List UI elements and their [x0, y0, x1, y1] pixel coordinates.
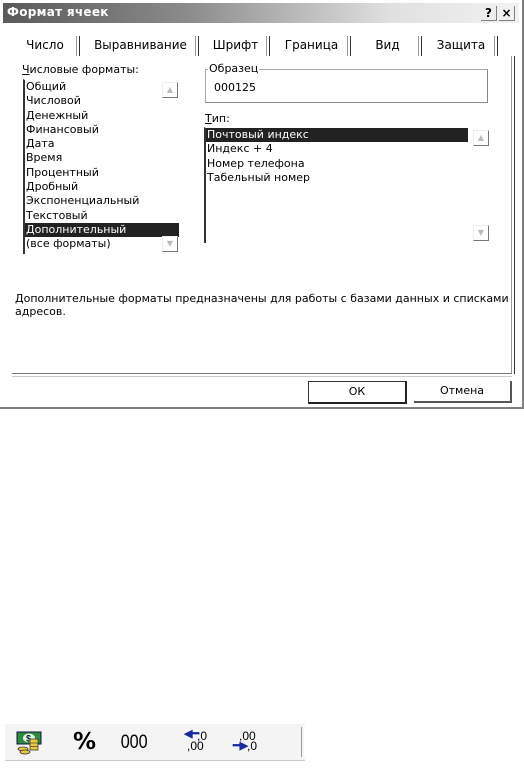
tab-fill[interactable]: Вид [353, 34, 422, 56]
type-listbox[interactable]: Почтовый индексИндекс + 4Номер телефонаТ… [204, 127, 490, 243]
tab-strip: Число Выравнивание Шрифт Граница Вид Защ… [10, 34, 512, 58]
sample-legend: Образец [208, 62, 259, 75]
tab-label: Шрифт [213, 38, 259, 52]
list-item[interactable]: Дополнительный [25, 223, 179, 237]
decrease-decimal-icon: ,00 ━▶ ,0 [233, 729, 273, 755]
list-item[interactable]: Номер телефона [206, 157, 468, 171]
tab-font[interactable]: Шрифт [201, 34, 270, 56]
list-item[interactable]: Почтовый индекс [206, 128, 468, 142]
tab-protection[interactable]: Защита [424, 34, 498, 56]
percent-style-icon: % [73, 729, 96, 755]
tab-label: Защита [437, 38, 486, 52]
number-formats-label: Числовые форматы: [22, 63, 139, 76]
tab-border[interactable]: Граница [272, 34, 351, 56]
format-cells-dialog: Формат ячеек ? × Число Выравнивание Шриф… [0, 0, 524, 409]
comma-style-button[interactable]: 000 [121, 729, 152, 755]
currency-format-button[interactable]: $ [15, 729, 45, 755]
list-item[interactable]: (все форматы) [25, 237, 179, 251]
tab-label: Выравнивание [94, 38, 187, 52]
tab-label: Вид [375, 38, 399, 52]
list-item[interactable]: Индекс + 4 [206, 142, 468, 156]
increase-decimal-button[interactable]: ◀━ ,0 ,00 [183, 729, 221, 755]
list-item[interactable]: Общий [25, 80, 179, 94]
tab-number[interactable]: Число [10, 34, 80, 56]
hotkey-letter: Т [205, 112, 212, 125]
dialog-title: Формат ячеек [7, 5, 109, 19]
list-item[interactable]: Числовой [25, 94, 179, 108]
list-item[interactable]: Текстовый [25, 209, 179, 223]
number-formats-listbox[interactable]: ОбщийЧисловойДенежныйФинансовыйДатаВремя… [23, 79, 179, 254]
list-item[interactable]: Финансовый [25, 123, 179, 137]
type-items: Почтовый индексИндекс + 4Номер телефонаТ… [206, 128, 468, 185]
increase-decimal-icon: ◀━ ,0 ,00 [183, 729, 221, 755]
decimal-bottom-text: ,0 [247, 741, 257, 752]
decrease-decimal-button[interactable]: ,00 ━▶ ,0 [233, 729, 273, 755]
currency-format-icon: $ [15, 729, 45, 755]
type-label: Тип: [205, 112, 230, 125]
list-item[interactable]: Табельный номер [206, 171, 468, 185]
decimal-bottom-text: ,00 [187, 741, 204, 752]
percent-style-button[interactable]: % [73, 729, 107, 755]
scroll-up-button[interactable]: ▲ [162, 82, 178, 98]
comma-style-icon: 000 [121, 732, 148, 753]
cancel-button[interactable]: Отмена [414, 381, 512, 403]
tab-divider [195, 36, 199, 56]
scroll-up-button[interactable]: ▲ [473, 130, 489, 146]
tab-alignment[interactable]: Выравнивание [82, 34, 199, 56]
tab-panel-border [511, 56, 515, 374]
title-bar: Формат ячеек ? × [3, 3, 519, 23]
toolbar-separator [301, 727, 305, 757]
tab-divider [76, 36, 80, 56]
formatting-toolbar: $ % 000 ◀━ ,0 ,00 ,00 ━▶ ,0 [5, 724, 305, 761]
list-item[interactable]: Время [25, 151, 179, 165]
scroll-down-button[interactable]: ▼ [473, 225, 489, 241]
arrow-right-icon: ━▶ [233, 741, 248, 752]
tab-label: Число [26, 38, 64, 52]
list-item[interactable]: Дробный [25, 180, 179, 194]
format-description: Дополнительные форматы предназначены для… [15, 292, 510, 318]
panel-bottom-edge [12, 373, 512, 377]
ok-button[interactable]: ОК [308, 381, 407, 404]
close-button[interactable]: × [499, 6, 515, 21]
hotkey-letter: Ч [22, 63, 30, 76]
scroll-down-button[interactable]: ▼ [162, 236, 178, 252]
list-item[interactable]: Дата [25, 137, 179, 151]
list-item[interactable]: Процентный [25, 166, 179, 180]
help-button[interactable]: ? [481, 6, 497, 21]
list-item[interactable]: Экспоненциальный [25, 194, 179, 208]
tab-divider [347, 36, 351, 56]
label-text: исловые форматы: [30, 63, 139, 76]
label-text: ип: [212, 112, 230, 125]
number-formats-items: ОбщийЧисловойДенежныйФинансовыйДатаВремя… [25, 80, 179, 252]
tab-divider [418, 36, 422, 56]
tab-divider [494, 36, 498, 56]
sample-value: 000125 [214, 81, 256, 94]
tab-divider [266, 36, 270, 56]
list-item[interactable]: Денежный [25, 109, 179, 123]
tab-label: Граница [285, 38, 338, 52]
